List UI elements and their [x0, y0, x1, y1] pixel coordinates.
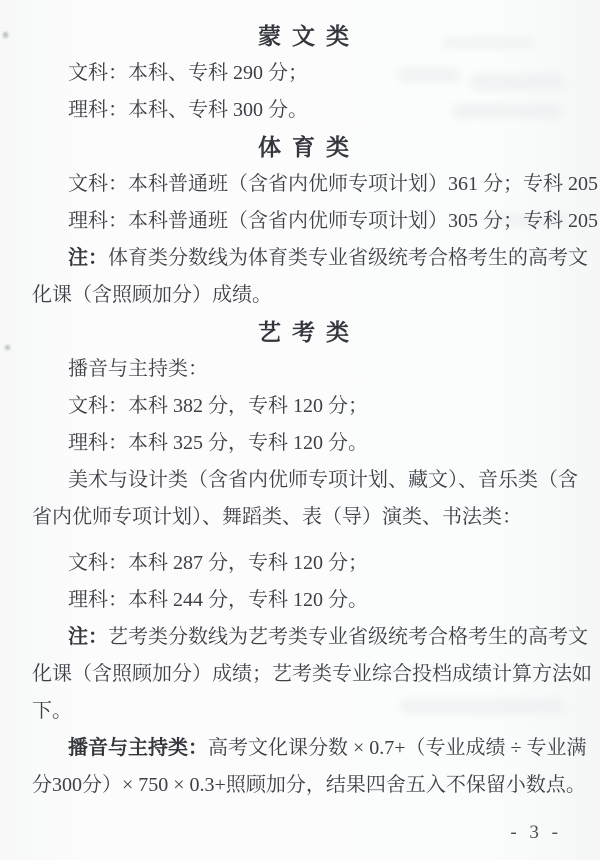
score-text: 理科：本科 325 分，专科 120 分。 — [68, 432, 368, 454]
note-text: 化课（含照顾加分）成绩；艺考类专业综合投档成绩计算方法如 — [32, 663, 592, 685]
art-design-music-line-2: 省内优师专项计划）、舞蹈类、表（导）演类、书法类： — [32, 499, 575, 536]
category-text: 省内优师专项计划）、舞蹈类、表（导）演类、书法类： — [32, 506, 522, 528]
note-text: 艺考类分数线为艺考类专业省级统考合格考生的高考文 — [108, 626, 588, 648]
tiyu-note-line-1: 注：体育类分数线为体育类专业省级统考合格考生的高考文 — [32, 240, 575, 277]
yikao-note-line-2: 化课（含照顾加分）成绩；艺考类专业综合投档成绩计算方法如 — [32, 656, 575, 693]
heading-tiyu-category: 体育类 — [32, 129, 575, 166]
tiyu-note-line-2: 化课（含照顾加分）成绩。 — [32, 277, 575, 314]
score-text: 理科：本科普通班（含省内优师专项计划）305 分；专科 205 分。 — [68, 210, 600, 232]
note-text: 下。 — [32, 700, 72, 722]
score-text: 理科：本科、专科 300 分。 — [68, 99, 308, 121]
formula-label: 播音与主持类： — [68, 737, 208, 759]
note-text: 体育类分数线为体育类专业省级统考合格考生的高考文 — [108, 247, 588, 269]
score-text: 文科：本科 287 分，专科 120 分； — [68, 552, 368, 574]
art-design-music-line-1: 美术与设计类（含省内优师专项计划、藏文）、音乐类（含 — [32, 462, 575, 499]
score-text: 文科：本科普通班（含省内优师专项计划）361 分；专科 205 分。 — [68, 173, 600, 195]
art-wenke-score-line: 文科：本科 287 分，专科 120 分； — [32, 545, 575, 582]
scan-speck — [5, 345, 10, 350]
art-like-score-line: 理科：本科 244 分，专科 120 分。 — [32, 582, 575, 619]
score-text: 文科：本科、专科 290 分； — [68, 62, 308, 84]
broadcast-formula-line-2: 分300分）× 750 × 0.3+照顾加分，结果四舍五入不保留小数点。 — [32, 767, 575, 804]
category-text: 美术与设计类（含省内优师专项计划、藏文）、音乐类（含 — [68, 469, 578, 491]
score-text: 文科：本科 382 分，专科 120 分； — [68, 395, 368, 417]
formula-text: 分300分）× 750 × 0.3+照顾加分，结果四舍五入不保留小数点。 — [32, 774, 586, 796]
score-text: 理科：本科 244 分，专科 120 分。 — [68, 589, 368, 611]
broadcast-formula-line-1: 播音与主持类：高考文化课分数 × 0.7+（专业成绩 ÷ 专业满 — [32, 730, 575, 767]
scan-speck — [3, 32, 8, 38]
mengwen-like-score-line: 理科：本科、专科 300 分。 — [32, 92, 575, 129]
category-text: 播音与主持类： — [68, 358, 208, 380]
tiyu-like-score-line: 理科：本科普通班（含省内优师专项计划）305 分；专科 205 分。 — [32, 203, 575, 240]
document-body: 蒙文类 文科：本科、专科 290 分； 理科：本科、专科 300 分。 体育类 … — [32, 18, 575, 804]
note-label: 注： — [68, 247, 108, 269]
scanned-document-page: 蒙文类 文科：本科、专科 290 分； 理科：本科、专科 300 分。 体育类 … — [0, 0, 600, 860]
broadcast-like-score-line: 理科：本科 325 分，专科 120 分。 — [32, 425, 575, 462]
broadcast-hosting-label-line: 播音与主持类： — [32, 351, 575, 388]
mengwen-wenke-score-line: 文科：本科、专科 290 分； — [32, 55, 575, 92]
yikao-note-line-1: 注：艺考类分数线为艺考类专业省级统考合格考生的高考文 — [32, 619, 575, 656]
tiyu-wenke-score-line: 文科：本科普通班（含省内优师专项计划）361 分；专科 205 分。 — [32, 166, 575, 203]
note-label: 注： — [68, 626, 108, 648]
note-text: 化课（含照顾加分）成绩。 — [32, 284, 272, 306]
heading-yikao-category: 艺考类 — [32, 314, 575, 351]
heading-mengwen-category: 蒙文类 — [32, 18, 575, 55]
broadcast-wenke-score-line: 文科：本科 382 分，专科 120 分； — [32, 388, 575, 425]
formula-text: 高考文化课分数 × 0.7+（专业成绩 ÷ 专业满 — [208, 737, 587, 759]
yikao-note-line-3: 下。 — [32, 693, 575, 730]
page-number: - 3 - — [510, 822, 562, 844]
